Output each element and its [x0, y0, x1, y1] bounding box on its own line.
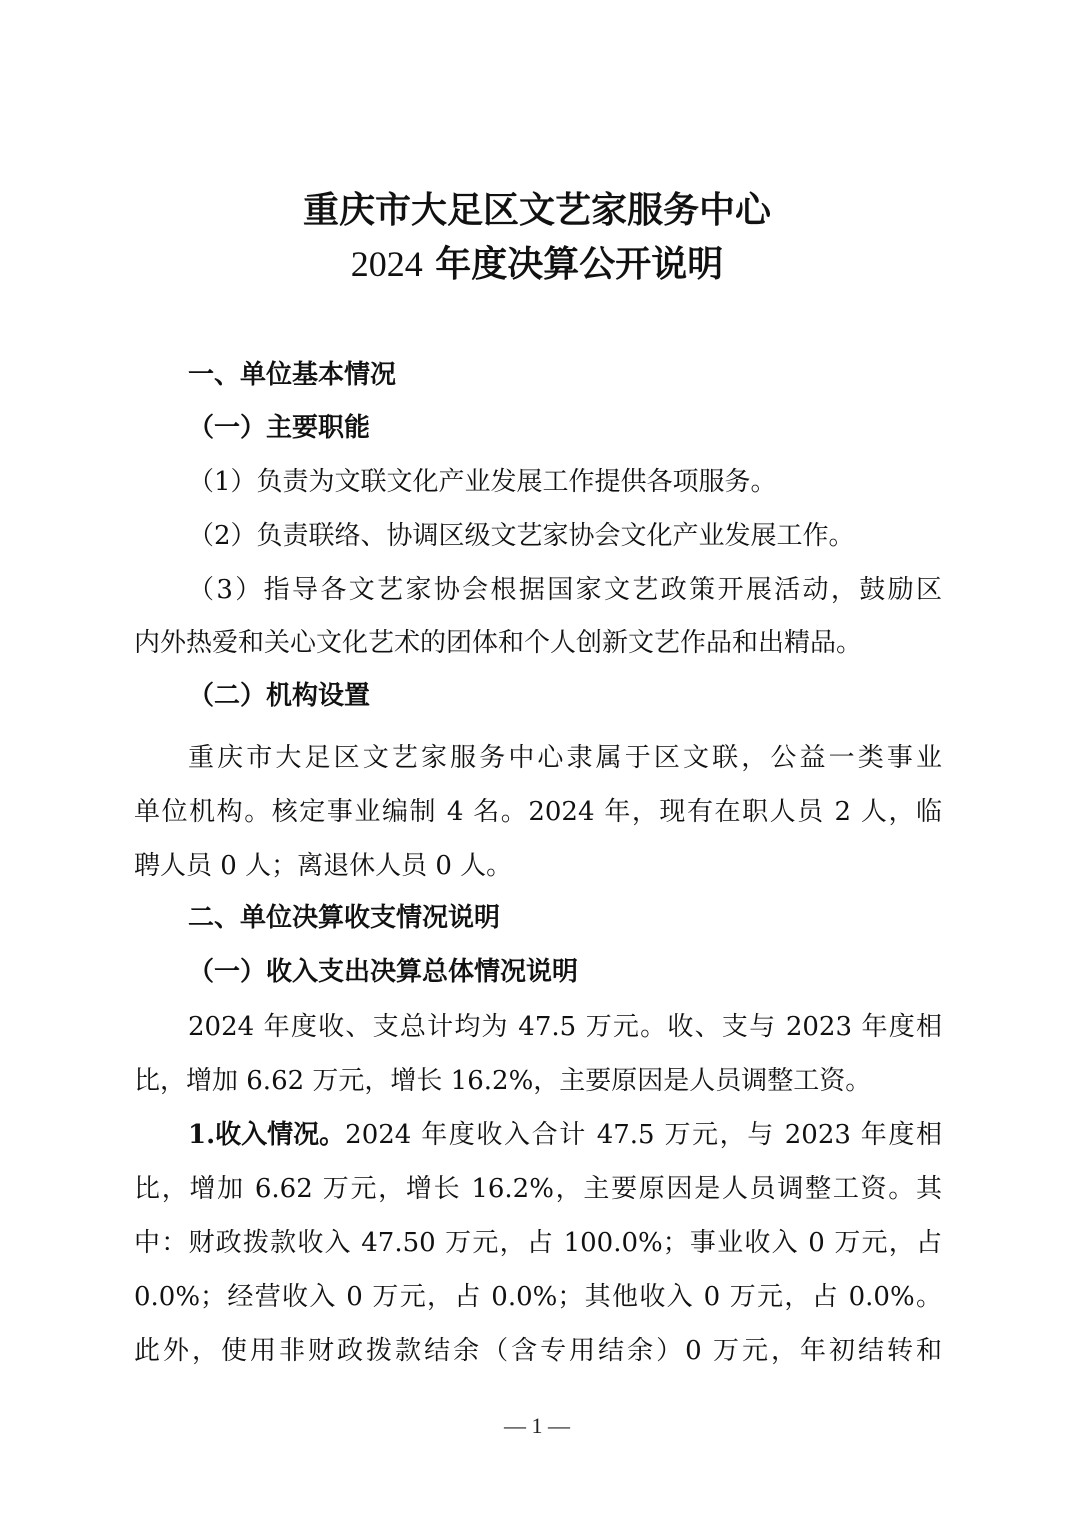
- document-title-line1: 重庆市大足区文艺家服务中心: [0, 188, 1074, 232]
- document-title-line2: 2024 年度决算公开说明: [0, 242, 1074, 286]
- income-line1-text: 2024 年度收入合计 47.5 万元，与 2023 年度相: [345, 1118, 942, 1152]
- organization-paragraph-line2: 单位机构。核定事业编制 4 名。2024 年，现有在职人员 2 人，临: [134, 795, 942, 829]
- section-heading-1: 一、单位基本情况: [188, 358, 942, 392]
- subsection-heading-organization: （二）机构设置: [188, 679, 942, 713]
- function-item-3-line2: 内外热爱和关心文化艺术的团体和个人创新文艺作品和出精品。: [134, 626, 942, 660]
- title-suffix: 年度决算公开说明: [423, 243, 724, 285]
- overall-paragraph-line1: 2024 年度收、支总计均为 47.5 万元。收、支与 2023 年度相: [188, 1010, 942, 1044]
- function-item-2: （2）负责联络、协调区级文艺家协会文化产业发展工作。: [188, 519, 942, 553]
- income-lead: 1.收入情况。: [188, 1118, 345, 1152]
- function-item-1: （1）负责为文联文化产业发展工作提供各项服务。: [188, 465, 942, 499]
- document-page: 重庆市大足区文艺家服务中心 2024 年度决算公开说明 一、单位基本情况 （一）…: [0, 0, 1074, 1520]
- subsection-heading-functions: （一）主要职能: [188, 411, 942, 445]
- overall-paragraph-line2: 比，增加 6.62 万元，增长 16.2%，主要原因是人员调整工资。: [134, 1064, 942, 1098]
- page-number: — 1 —: [0, 1412, 1074, 1440]
- organization-paragraph-line3: 聘人员 0 人；离退休人员 0 人。: [134, 849, 942, 883]
- income-paragraph-line1: 1.收入情况。2024 年度收入合计 47.5 万元，与 2023 年度相: [188, 1118, 942, 1152]
- income-paragraph-line3: 中：财政拨款收入 47.50 万元，占 100.0%；事业收入 0 万元，占: [134, 1226, 942, 1260]
- income-paragraph-line2: 比，增加 6.62 万元，增长 16.2%，主要原因是人员调整工资。其: [134, 1172, 942, 1206]
- subsection-heading-overall: （一）收入支出决算总体情况说明: [188, 955, 942, 989]
- section-heading-2: 二、单位决算收支情况说明: [188, 901, 942, 935]
- title-year: 2024: [351, 244, 423, 284]
- organization-paragraph-line1: 重庆市大足区文艺家服务中心隶属于区文联，公益一类事业: [188, 741, 942, 775]
- income-paragraph-line5: 此外，使用非财政拨款结余（含专用结余）0 万元，年初结转和: [134, 1334, 942, 1368]
- function-item-3-line1: （3）指导各文艺家协会根据国家文艺政策开展活动，鼓励区: [188, 573, 942, 607]
- income-paragraph-line4: 0.0%；经营收入 0 万元，占 0.0%；其他收入 0 万元，占 0.0%。: [134, 1280, 942, 1314]
